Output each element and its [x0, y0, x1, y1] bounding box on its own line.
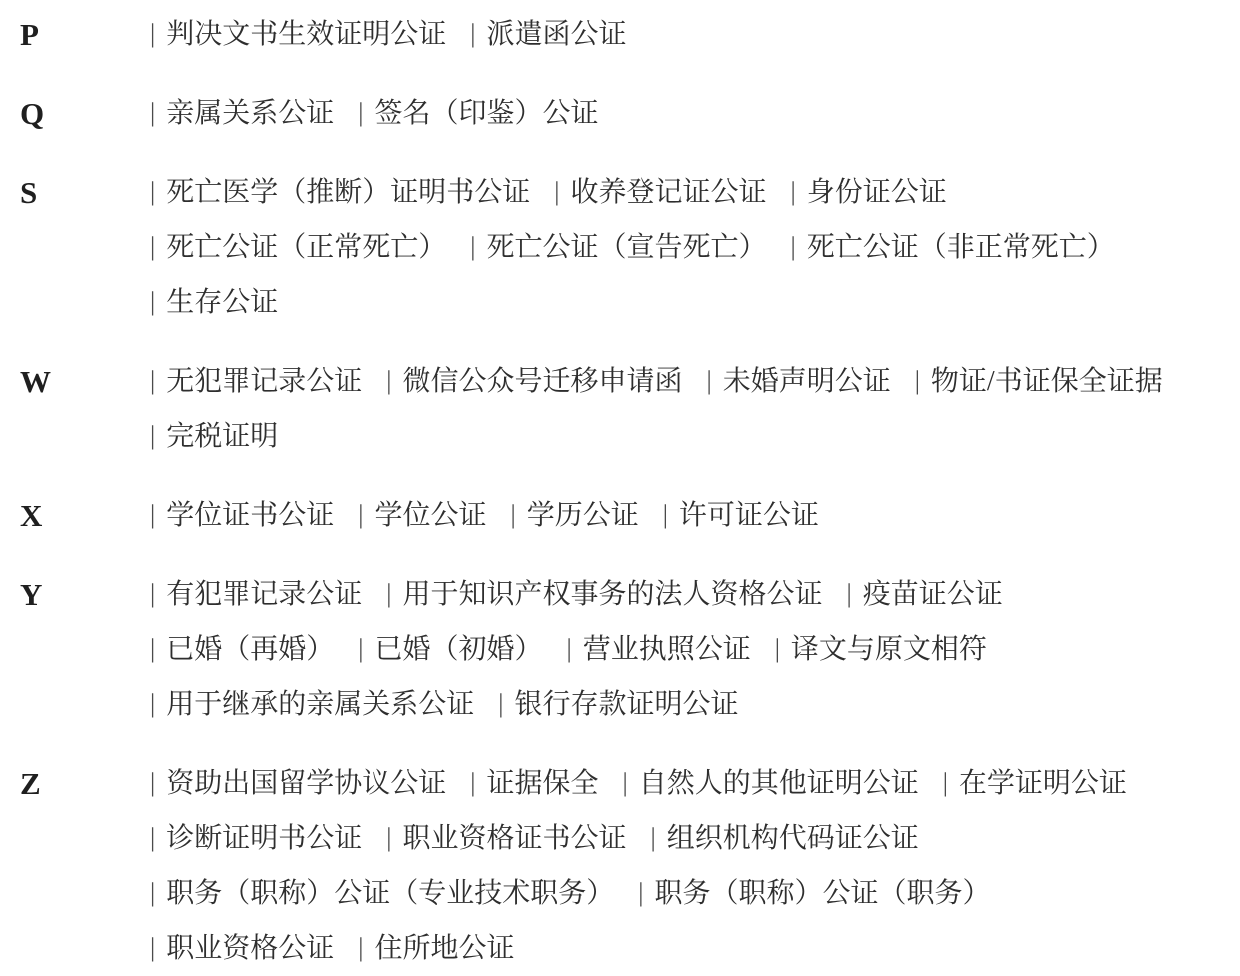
item-separator-icon: |	[663, 487, 668, 542]
notary-item-link[interactable]: |用于继承的亲属关系公证	[150, 689, 474, 720]
notary-item-link[interactable]: |有犯罪记录公证	[150, 579, 362, 610]
item-separator-icon: |	[358, 487, 363, 542]
item-separator-icon: |	[846, 566, 851, 621]
item-line: |无犯罪记录公证 |微信公众号迁移申请函 |未婚声明公证 |物证/书证保全证据	[150, 354, 1230, 409]
item-separator-icon: |	[790, 164, 795, 219]
item-label: 自然人的其他证明公证	[639, 768, 919, 799]
letter-section-z: Z |资助出国留学协议公证 |证据保全 |自然人的其他证明公证 |在学证明公证 …	[20, 756, 1230, 976]
section-item-lines: |有犯罪记录公证 |用于知识产权事务的法人资格公证 |疫苗证公证 |已婚（再婚）…	[150, 567, 1230, 732]
notary-item-link[interactable]: |组织机构代码证公证	[650, 823, 918, 854]
item-label: 职业资格证书公证	[402, 823, 626, 854]
item-label: 死亡公证（正常死亡）	[166, 232, 446, 263]
section-item-lines: |资助出国留学协议公证 |证据保全 |自然人的其他证明公证 |在学证明公证 |诊…	[150, 756, 1230, 976]
item-label: 已婚（再婚）	[166, 634, 334, 665]
notary-item-link[interactable]: |职业资格公证	[150, 933, 334, 964]
notary-item-link[interactable]: |资助出国留学协议公证	[150, 768, 446, 799]
item-separator-icon: |	[510, 487, 515, 542]
notary-item-link[interactable]: |自然人的其他证明公证	[622, 768, 918, 799]
item-line: |有犯罪记录公证 |用于知识产权事务的法人资格公证 |疫苗证公证	[150, 567, 1230, 622]
item-separator-icon: |	[622, 755, 627, 810]
item-label: 资助出国留学协议公证	[166, 768, 446, 799]
section-letter-heading: S	[20, 165, 150, 220]
item-separator-icon: |	[498, 676, 503, 731]
notary-item-link[interactable]: |用于知识产权事务的法人资格公证	[386, 579, 822, 610]
item-separator-icon: |	[358, 85, 363, 140]
item-label: 住所地公证	[374, 933, 514, 964]
notary-item-link[interactable]: |收养登记证公证	[554, 177, 766, 208]
item-label: 有犯罪记录公证	[166, 579, 362, 610]
item-label: 未婚声明公证	[723, 366, 891, 397]
notary-item-link[interactable]: |判决文书生效证明公证	[150, 19, 446, 50]
notary-item-link[interactable]: |无犯罪记录公证	[150, 366, 362, 397]
letter-section-w: W |无犯罪记录公证 |微信公众号迁移申请函 |未婚声明公证 |物证/书证保全证…	[20, 354, 1230, 464]
item-label: 身份证公证	[807, 177, 947, 208]
item-separator-icon: |	[358, 920, 363, 975]
notary-item-link[interactable]: |生存公证	[150, 287, 278, 318]
item-label: 学历公证	[527, 500, 639, 531]
item-label: 死亡公证（非正常死亡）	[807, 232, 1115, 263]
item-label: 生存公证	[166, 287, 278, 318]
item-label: 营业执照公证	[583, 634, 751, 665]
item-separator-icon: |	[470, 6, 475, 61]
item-line: |亲属关系公证 |签名（印鉴）公证	[150, 86, 1230, 141]
item-label: 无犯罪记录公证	[166, 366, 362, 397]
item-label: 学位证书公证	[166, 500, 334, 531]
item-separator-icon: |	[150, 6, 155, 61]
item-line: |已婚（再婚） |已婚（初婚） |营业执照公证 |译文与原文相符	[150, 622, 1230, 677]
item-line: |学位证书公证 |学位公证 |学历公证 |许可证公证	[150, 488, 1230, 543]
item-separator-icon: |	[150, 920, 155, 975]
notary-item-link[interactable]: |死亡医学（推断）证明书公证	[150, 177, 530, 208]
item-label: 亲属关系公证	[166, 98, 334, 129]
item-separator-icon: |	[150, 274, 155, 329]
item-label: 学位公证	[374, 500, 486, 531]
notary-item-link[interactable]: |证据保全	[470, 768, 598, 799]
notary-item-link[interactable]: |营业执照公证	[566, 634, 750, 665]
item-separator-icon: |	[566, 621, 571, 676]
item-label: 已婚（初婚）	[374, 634, 542, 665]
item-separator-icon: |	[470, 755, 475, 810]
item-label: 许可证公证	[679, 500, 819, 531]
item-label: 职业资格公证	[166, 933, 334, 964]
notary-item-link[interactable]: |物证/书证保全证据	[915, 366, 1163, 397]
notary-item-link[interactable]: |银行存款证明公证	[498, 689, 738, 720]
item-line: |完税证明	[150, 409, 1230, 464]
item-separator-icon: |	[150, 566, 155, 621]
notary-item-link[interactable]: |学位公证	[358, 500, 486, 531]
notary-item-link[interactable]: |住所地公证	[358, 933, 514, 964]
item-label: 职务（职称）公证（职务）	[654, 878, 990, 909]
item-line: |死亡公证（正常死亡） |死亡公证（宣告死亡） |死亡公证（非正常死亡）	[150, 220, 1230, 275]
section-letter-heading: Y	[20, 567, 150, 622]
item-label: 译文与原文相符	[791, 634, 987, 665]
notary-item-link[interactable]: |派遣函公证	[470, 19, 626, 50]
item-label: 用于继承的亲属关系公证	[166, 689, 474, 720]
letter-section-q: Q |亲属关系公证 |签名（印鉴）公证	[20, 86, 1230, 141]
item-separator-icon: |	[915, 353, 920, 408]
section-letter-heading: Z	[20, 756, 150, 811]
notary-item-link[interactable]: |死亡公证（宣告死亡）	[470, 232, 766, 263]
item-label: 职务（职称）公证（专业技术职务）	[166, 878, 614, 909]
item-separator-icon: |	[638, 865, 643, 920]
item-label: 证据保全	[486, 768, 598, 799]
item-separator-icon: |	[554, 164, 559, 219]
item-separator-icon: |	[386, 353, 391, 408]
item-label: 签名（印鉴）公证	[374, 98, 598, 129]
item-label: 在学证明公证	[959, 768, 1127, 799]
item-separator-icon: |	[386, 566, 391, 621]
notary-item-link[interactable]: |许可证公证	[663, 500, 819, 531]
notary-item-link[interactable]: |亲属关系公证	[150, 98, 334, 129]
item-separator-icon: |	[775, 621, 780, 676]
notary-item-link[interactable]: |职务（职称）公证（专业技术职务）	[150, 878, 614, 909]
item-separator-icon: |	[150, 408, 155, 463]
item-line: |死亡医学（推断）证明书公证 |收养登记证公证 |身份证公证	[150, 165, 1230, 220]
item-label: 死亡公证（宣告死亡）	[486, 232, 766, 263]
item-line: |资助出国留学协议公证 |证据保全 |自然人的其他证明公证 |在学证明公证	[150, 756, 1230, 811]
item-label: 疫苗证公证	[863, 579, 1003, 610]
item-label: 微信公众号迁移申请函	[402, 366, 682, 397]
item-line: |判决文书生效证明公证 |派遣函公证	[150, 7, 1230, 62]
letter-section-x: X |学位证书公证 |学位公证 |学历公证 |许可证公证	[20, 488, 1230, 543]
item-separator-icon: |	[358, 621, 363, 676]
item-label: 用于知识产权事务的法人资格公证	[402, 579, 822, 610]
item-separator-icon: |	[150, 810, 155, 865]
item-label: 组织机构代码证公证	[667, 823, 919, 854]
item-separator-icon: |	[150, 353, 155, 408]
letter-section-y: Y |有犯罪记录公证 |用于知识产权事务的法人资格公证 |疫苗证公证 |已婚（再…	[20, 567, 1230, 732]
item-separator-icon: |	[150, 487, 155, 542]
item-separator-icon: |	[150, 85, 155, 140]
notary-item-link[interactable]: |签名（印鉴）公证	[358, 98, 598, 129]
section-item-lines: |死亡医学（推断）证明书公证 |收养登记证公证 |身份证公证 |死亡公证（正常死…	[150, 165, 1230, 330]
item-label: 死亡医学（推断）证明书公证	[166, 177, 530, 208]
item-line: |职务（职称）公证（专业技术职务） |职务（职称）公证（职务）	[150, 866, 1230, 921]
notary-item-link[interactable]: |在学证明公证	[943, 768, 1127, 799]
letter-section-p: P |判决文书生效证明公证 |派遣函公证	[20, 7, 1230, 62]
section-item-lines: |判决文书生效证明公证 |派遣函公证	[150, 7, 1230, 62]
section-letter-heading: P	[20, 7, 150, 62]
item-line: |用于继承的亲属关系公证 |银行存款证明公证	[150, 677, 1230, 732]
item-line: |诊断证明书公证 |职业资格证书公证 |组织机构代码证公证	[150, 811, 1230, 866]
item-separator-icon: |	[790, 219, 795, 274]
item-separator-icon: |	[470, 219, 475, 274]
item-label: 判决文书生效证明公证	[166, 19, 446, 50]
item-separator-icon: |	[150, 219, 155, 274]
item-separator-icon: |	[150, 755, 155, 810]
item-label: 完税证明	[166, 421, 278, 452]
section-item-lines: |无犯罪记录公证 |微信公众号迁移申请函 |未婚声明公证 |物证/书证保全证据 …	[150, 354, 1230, 464]
item-label: 银行存款证明公证	[514, 689, 738, 720]
section-item-lines: |亲属关系公证 |签名（印鉴）公证	[150, 86, 1230, 141]
notary-item-link[interactable]: |职务（职称）公证（职务）	[638, 878, 990, 909]
item-label: 物证/书证保全证据	[931, 366, 1163, 397]
letter-section-s: S |死亡医学（推断）证明书公证 |收养登记证公证 |身份证公证 |死亡公证（正…	[20, 165, 1230, 330]
notary-item-link[interactable]: |微信公众号迁移申请函	[386, 366, 682, 397]
item-separator-icon: |	[386, 810, 391, 865]
item-line: |生存公证	[150, 275, 1230, 330]
notary-item-link[interactable]: |完税证明	[150, 421, 278, 452]
item-label: 收养登记证公证	[570, 177, 766, 208]
item-separator-icon: |	[150, 621, 155, 676]
section-item-lines: |学位证书公证 |学位公证 |学历公证 |许可证公证	[150, 488, 1230, 543]
notary-item-link[interactable]: |学历公证	[510, 500, 638, 531]
notary-item-link[interactable]: |身份证公证	[790, 177, 946, 208]
notary-item-link[interactable]: |职业资格证书公证	[386, 823, 626, 854]
notary-item-link[interactable]: |已婚（再婚）	[150, 634, 334, 665]
item-label: 派遣函公证	[486, 19, 626, 50]
section-letter-heading: X	[20, 488, 150, 543]
notary-item-link[interactable]: |死亡公证（非正常死亡）	[790, 232, 1114, 263]
item-separator-icon: |	[943, 755, 948, 810]
notary-item-link[interactable]: |疫苗证公证	[846, 579, 1002, 610]
item-line: |职业资格公证 |住所地公证	[150, 921, 1230, 976]
item-separator-icon: |	[150, 865, 155, 920]
notary-item-link[interactable]: |学位证书公证	[150, 500, 334, 531]
notary-item-link[interactable]: |未婚声明公证	[706, 366, 890, 397]
notary-item-link[interactable]: |死亡公证（正常死亡）	[150, 232, 446, 263]
notary-type-index: P |判决文书生效证明公证 |派遣函公证 Q |亲属关系公证 |签名（印鉴）公证…	[0, 0, 1240, 976]
notary-item-link[interactable]: |诊断证明书公证	[150, 823, 362, 854]
notary-item-link[interactable]: |译文与原文相符	[775, 634, 987, 665]
section-letter-heading: W	[20, 354, 150, 409]
item-separator-icon: |	[150, 676, 155, 731]
item-separator-icon: |	[706, 353, 711, 408]
item-label: 诊断证明书公证	[166, 823, 362, 854]
section-letter-heading: Q	[20, 86, 150, 141]
item-separator-icon: |	[650, 810, 655, 865]
notary-item-link[interactable]: |已婚（初婚）	[358, 634, 542, 665]
item-separator-icon: |	[150, 164, 155, 219]
